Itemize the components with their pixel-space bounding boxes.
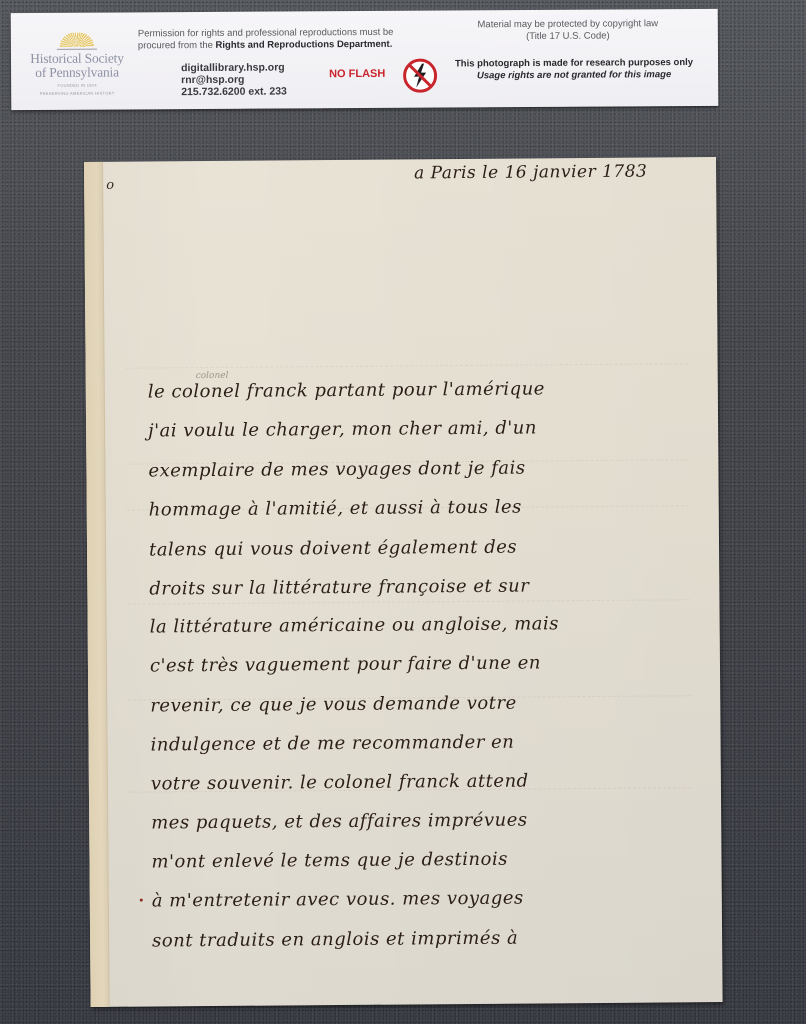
no-flash-label: NO FLASH xyxy=(329,68,385,80)
permission-notice: Permission for rights and professional r… xyxy=(138,27,428,53)
letter-line: mes paquets, et des affaires imprévues xyxy=(151,810,528,834)
letter-line: hommage à l'amitié, et aussi à tous les xyxy=(149,497,522,521)
pencil-annotation: colonel xyxy=(196,371,229,381)
research-notice: This photograph is made for research pur… xyxy=(449,57,699,83)
letter-line: la littérature américaine ou angloise, m… xyxy=(150,613,559,637)
logo-name-line2: of Pennsylvania xyxy=(21,65,133,80)
letter-line: j'ai voulu le charger, mon cher ami, d'u… xyxy=(148,417,537,441)
copyright-line1: Material may be protected by copyright l… xyxy=(453,18,683,31)
reproduction-rights-label: Historical Society of Pennsylvania FOUND… xyxy=(11,9,719,110)
research-line2: Usage rights are not granted for this im… xyxy=(449,69,699,83)
no-flash-icon xyxy=(402,58,438,94)
bleed-through-line xyxy=(126,353,688,368)
letter-line: exemplaire de mes voyages dont je fais xyxy=(148,458,525,482)
letter-line: à m'entretenir avec vous. mes voyages xyxy=(152,888,524,912)
letter-line: indulgence et de me recommander en xyxy=(150,732,514,756)
margin-ink-dot xyxy=(140,899,143,902)
letter-line: droits sur la littérature françoise et s… xyxy=(149,576,529,600)
corner-mark: o xyxy=(106,178,114,193)
letter-line: votre souvenir. le colonel franck attend xyxy=(151,771,529,795)
copyright-line2: (Title 17 U.S. Code) xyxy=(453,30,683,43)
letter-dateline: a Paris le 16 janvier 1783 xyxy=(414,162,647,184)
website-text: digitallibrary.hsp.org xyxy=(181,61,287,74)
email-text: rnr@hsp.org xyxy=(181,73,287,86)
letter-line: revenir, ce que je vous demande votre xyxy=(150,693,517,717)
letter-line: talens qui vous doivent également des xyxy=(149,537,517,561)
permission-line2: procured from the Rights and Reproductio… xyxy=(138,39,428,53)
copyright-notice: Material may be protected by copyright l… xyxy=(453,18,683,43)
sun-logo-icon xyxy=(60,33,94,47)
paper-fold-edge xyxy=(84,162,110,1007)
letter-line: le colonel franck partant pour l'amériqu… xyxy=(148,378,545,402)
letter-line: sont traduits en anglois et imprimés à xyxy=(152,928,518,952)
rights-department-name: Rights and Reproductions Department. xyxy=(216,39,393,51)
letter-page: o a Paris le 16 janvier 1783 colonel le … xyxy=(84,157,723,1007)
letter-line: c'est très vaguement pour faire d'une en xyxy=(150,652,541,676)
letter-line: m'ont enlevé le tems que je destinois xyxy=(151,849,508,873)
logo-tagline-line2: PRESERVING AMERICAN HISTORY xyxy=(21,90,133,96)
phone-text: 215.732.6200 ext. 233 xyxy=(181,85,287,98)
contact-info: digitallibrary.hsp.org rnr@hsp.org 215.7… xyxy=(181,61,287,98)
logo-tagline-line1: FOUNDED IN 1824 xyxy=(21,82,133,88)
hsp-logo: Historical Society of Pennsylvania FOUND… xyxy=(21,32,133,103)
permission-line2-prefix: procured from the xyxy=(138,40,216,51)
